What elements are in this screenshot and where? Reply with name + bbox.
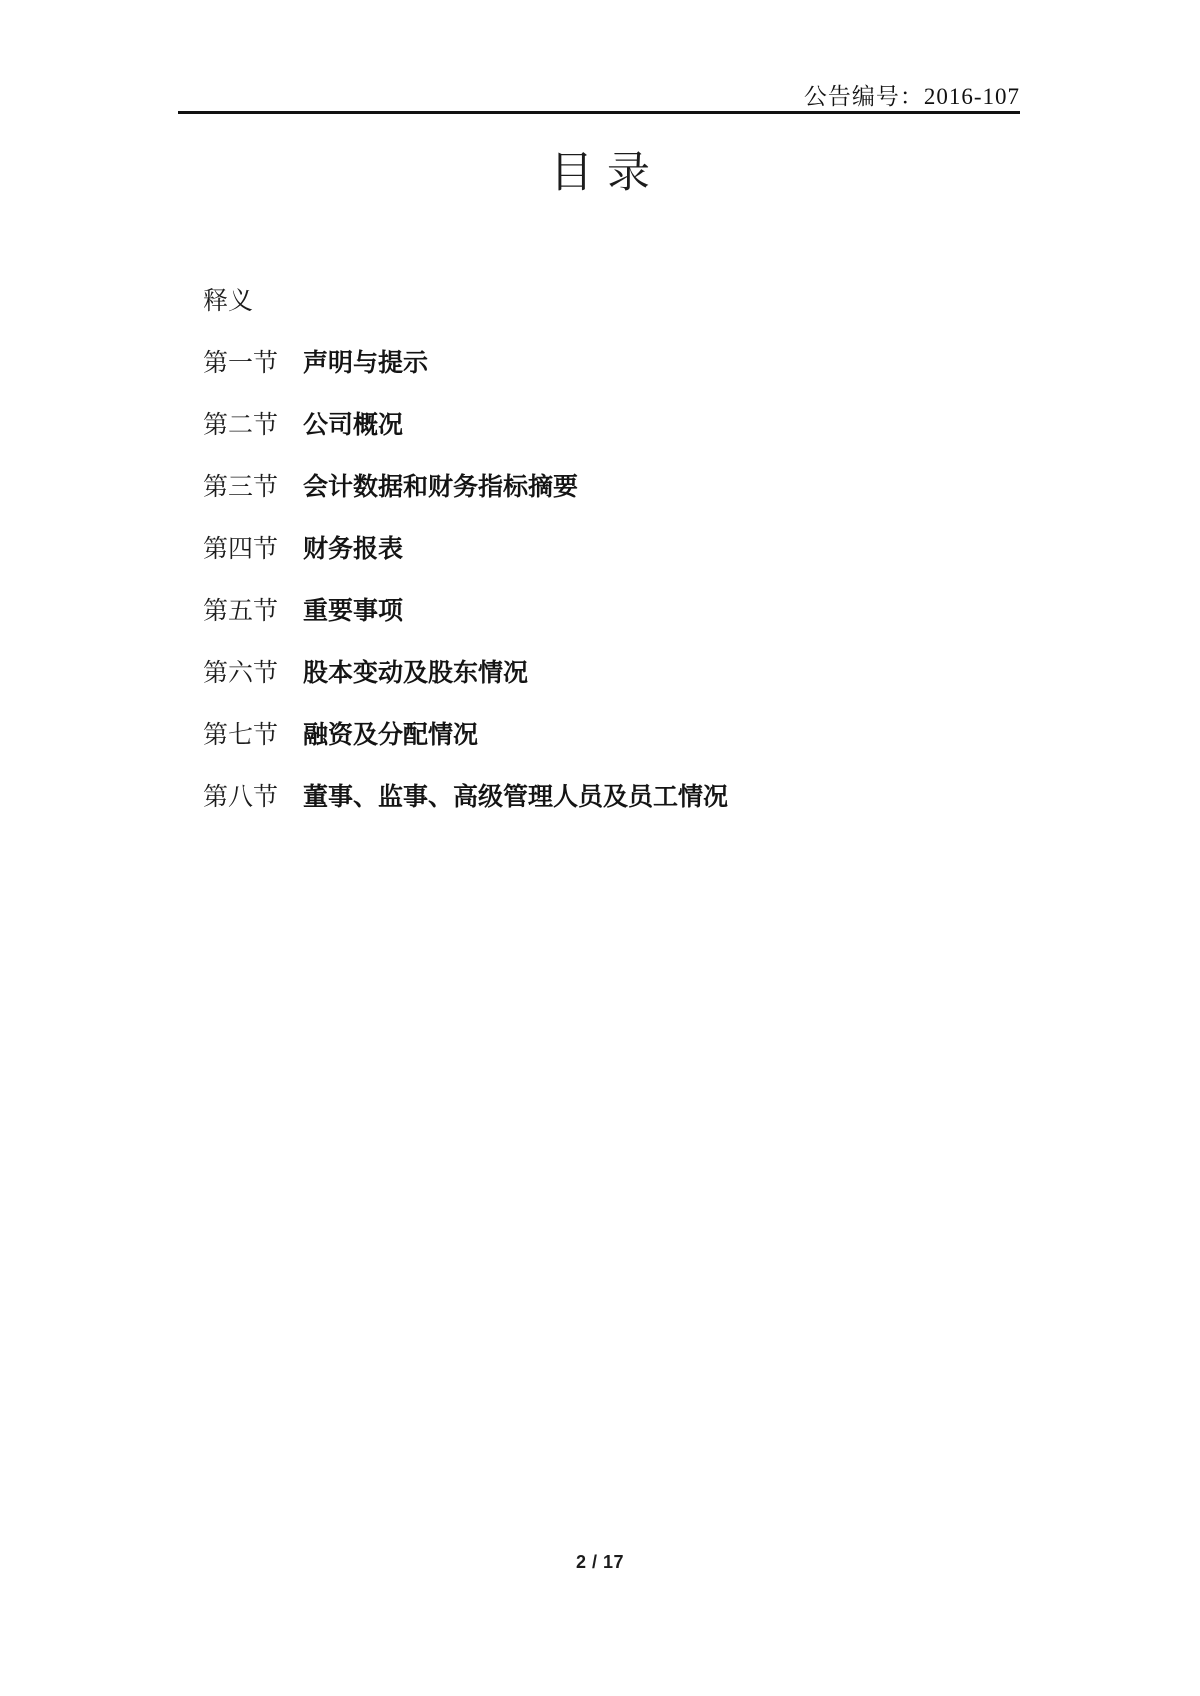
toc-preface-label: 释义 (203, 288, 253, 315)
toc-item-section-3: 第三节 会计数据和财务指标摘要 (203, 474, 1023, 501)
toc-section-label: 第五节 (203, 598, 303, 625)
toc-section-title: 公司概况 (303, 412, 403, 439)
toc-section-label: 第一节 (203, 350, 303, 377)
header-divider-line (178, 111, 1020, 114)
announcement-number: 公告编号：2016-107 (178, 78, 1020, 111)
toc-item-section-4: 第四节 财务报表 (203, 536, 1023, 563)
toc-section-title: 融资及分配情况 (303, 722, 478, 749)
table-of-contents: 释义 第一节 声明与提示 第二节 公司概况 第三节 会计数据和财务指标摘要 第四… (203, 288, 1023, 811)
toc-item-section-5: 第五节 重要事项 (203, 598, 1023, 625)
toc-section-label: 第二节 (203, 412, 303, 439)
toc-item-section-8: 第八节 董事、监事、高级管理人员及员工情况 (203, 784, 1023, 811)
toc-section-title: 会计数据和财务指标摘要 (303, 474, 578, 501)
toc-section-title: 财务报表 (303, 536, 403, 563)
toc-item-section-6: 第六节 股本变动及股东情况 (203, 660, 1023, 687)
toc-section-label: 第八节 (203, 784, 303, 811)
toc-section-title: 重要事项 (303, 598, 403, 625)
toc-item-section-7: 第七节 融资及分配情况 (203, 722, 1023, 749)
toc-section-label: 第四节 (203, 536, 303, 563)
page-number-indicator: 2 / 17 (0, 1552, 1200, 1573)
toc-section-title: 股本变动及股东情况 (303, 660, 528, 687)
toc-section-title: 董事、监事、高级管理人员及员工情况 (303, 784, 728, 811)
page-title: 目录 (0, 150, 1200, 197)
toc-item-section-1: 第一节 声明与提示 (203, 350, 1023, 377)
toc-section-label: 第六节 (203, 660, 303, 687)
toc-section-label: 第三节 (203, 474, 303, 501)
toc-item-preface: 释义 (203, 288, 1023, 315)
document-page: 公告编号：2016-107 目录 释义 第一节 声明与提示 第二节 公司概况 第… (0, 0, 1200, 1696)
toc-item-section-2: 第二节 公司概况 (203, 412, 1023, 439)
toc-section-label: 第七节 (203, 722, 303, 749)
toc-section-title: 声明与提示 (303, 350, 428, 377)
